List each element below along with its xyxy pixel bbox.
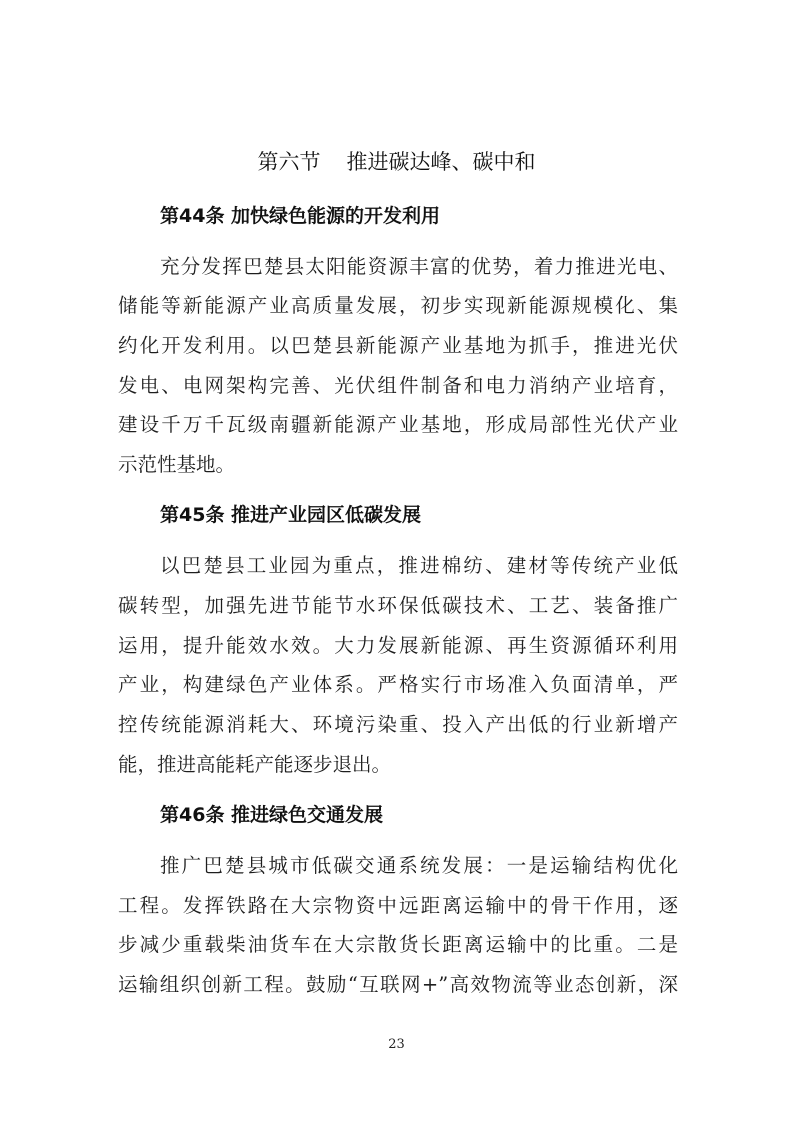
article-44-line: 充分发挥巴楚县太阳能资源丰富的优势，着力推进光电、 — [160, 251, 678, 279]
section-title-text: 推进碳达峰、碳中和 — [347, 150, 536, 174]
article-44-line: 建设千万千瓦级南疆新能源产业基地，形成局部性光伏产业 — [118, 409, 678, 437]
article-46-line: 运输组织创新工程。鼓励“互联网+”高效物流等业态创新，深 — [118, 969, 678, 997]
article-45-line: 能，推进高能耗产能逐步退出。 — [118, 749, 678, 777]
article-45-line: 运用，提升能效水效。大力发展新能源、再生资源循环利用 — [118, 630, 678, 658]
article-45-line: 碳转型，加强先进节能节水环保低碳技术、工艺、装备推广 — [118, 590, 678, 618]
section-title: 第六节推进碳达峰、碳中和 — [0, 146, 793, 176]
page-number: 23 — [0, 1037, 793, 1052]
article-44-line: 约化开发利用。以巴楚县新能源产业基地为抓手，推进光伏 — [118, 330, 678, 358]
article-46-line: 推广巴楚县城市低碳交通系统发展：一是运输结构优化 — [160, 850, 678, 878]
article-44-line: 示范性基地。 — [118, 449, 678, 477]
article-45-line: 控传统能源消耗大、环境污染重、投入产出低的行业新增产 — [118, 709, 678, 737]
article-45-heading: 第45条 推进产业园区低碳发展 — [160, 500, 421, 527]
article-45-line: 以巴楚县工业园为重点，推进棉纺、建材等传统产业低 — [160, 550, 678, 578]
article-44-line: 发电、电网架构完善、光伏组件制备和电力消纳产业培育， — [118, 370, 678, 398]
document-page: 第六节推进碳达峰、碳中和 第44条 加快绿色能源的开发利用 充分发挥巴楚县太阳能… — [0, 0, 793, 1122]
article-45-line: 产业，构建绿色产业体系。严格实行市场准入负面清单，严 — [118, 669, 678, 697]
article-44-heading: 第44条 加快绿色能源的开发利用 — [160, 201, 440, 228]
article-44-line: 储能等新能源产业高质量发展，初步实现新能源规模化、集 — [118, 290, 678, 318]
article-46-line: 工程。发挥铁路在大宗物资中远距离运输中的骨干作用，逐 — [118, 890, 678, 918]
article-46-line: 步减少重载柴油货车在大宗散货长距离运输中的比重。二是 — [118, 929, 678, 957]
article-46-heading: 第46条 推进绿色交通发展 — [160, 800, 383, 827]
section-number: 第六节 — [258, 150, 321, 174]
